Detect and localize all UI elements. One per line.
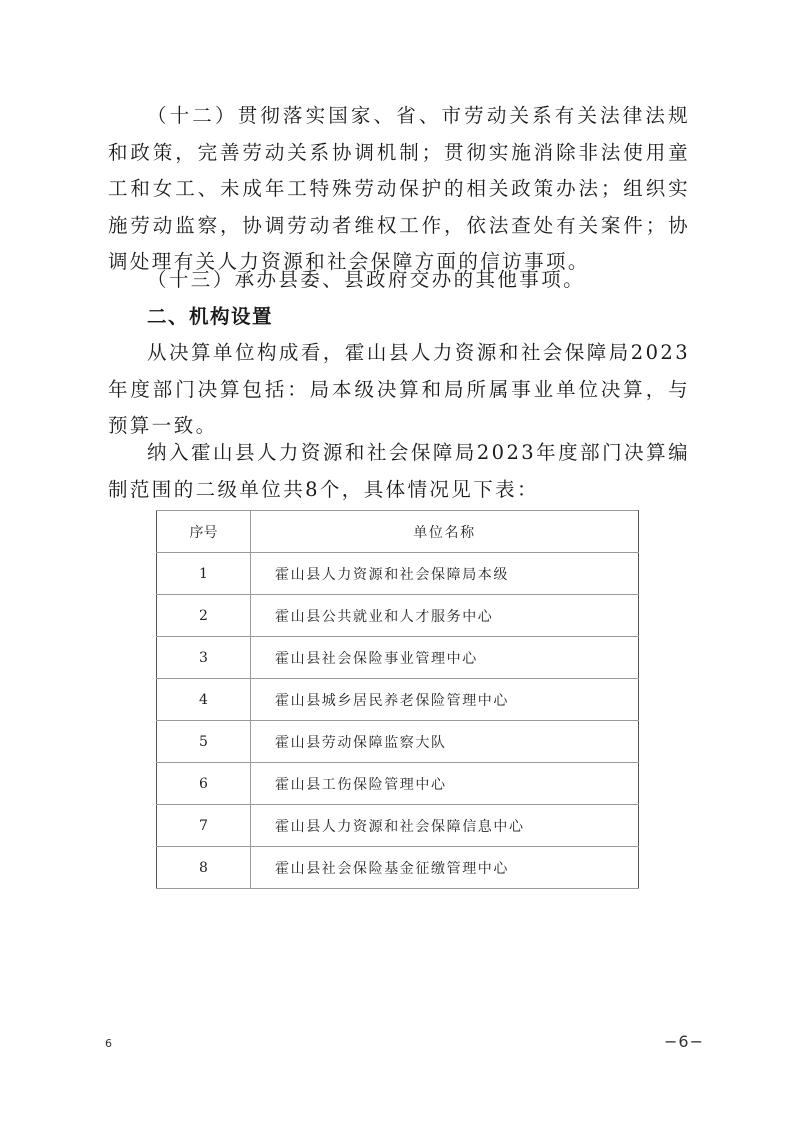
footer-page-number-left: 6	[105, 1037, 112, 1050]
row-unit-name: 霍山县人力资源和社会保障信息中心	[251, 805, 639, 847]
row-unit-name: 霍山县社会保险事业管理中心	[251, 637, 639, 679]
paragraph-composition: 从决算单位构成看，霍山县人力资源和社会保障局2023年度部门决算包括：局本级决算…	[108, 335, 690, 445]
table-row: 8 霍山县社会保险基金征缴管理中心	[157, 847, 639, 889]
table-row: 7 霍山县人力资源和社会保障信息中心	[157, 805, 639, 847]
row-serial-number: 5	[157, 721, 251, 763]
row-unit-name: 霍山县城乡居民养老保险管理中心	[251, 679, 639, 721]
paragraph-item-13: （十三）承办县委、县政府交办的其他事项。	[108, 262, 690, 299]
paragraph-item-12: （十二）贯彻落实国家、省、市劳动关系有关法律法规和政策，完善劳动关系协调机制；贯…	[108, 98, 690, 281]
row-serial-number: 3	[157, 637, 251, 679]
row-serial-number: 4	[157, 679, 251, 721]
table-row: 3 霍山县社会保险事业管理中心	[157, 637, 639, 679]
row-serial-number: 7	[157, 805, 251, 847]
row-unit-name: 霍山县人力资源和社会保障局本级	[251, 553, 639, 595]
row-unit-name: 霍山县公共就业和人才服务中心	[251, 595, 639, 637]
row-unit-name: 霍山县社会保险基金征缴管理中心	[251, 847, 639, 889]
table-header-row: 序号 单位名称	[157, 511, 639, 553]
footer-page-number-right: −6−	[664, 1032, 704, 1051]
table-row: 2 霍山县公共就业和人才服务中心	[157, 595, 639, 637]
table-row: 5 霍山县劳动保障监察大队	[157, 721, 639, 763]
row-serial-number: 1	[157, 553, 251, 595]
paragraph-scope: 纳入霍山县人力资源和社会保障局2023年度部门决算编制范围的二级单位共8个，具体…	[108, 435, 690, 508]
row-serial-number: 2	[157, 595, 251, 637]
document-page: （十二）贯彻落实国家、省、市劳动关系有关法律法规和政策，完善劳动关系协调机制；贯…	[0, 0, 793, 1122]
header-unit-name: 单位名称	[251, 511, 639, 553]
row-unit-name: 霍山县劳动保障监察大队	[251, 721, 639, 763]
row-serial-number: 8	[157, 847, 251, 889]
table-row: 6 霍山县工伤保险管理中心	[157, 763, 639, 805]
section-heading: 二、机构设置	[147, 299, 273, 335]
table-row: 1 霍山县人力资源和社会保障局本级	[157, 553, 639, 595]
table-row: 4 霍山县城乡居民养老保险管理中心	[157, 679, 639, 721]
row-serial-number: 6	[157, 763, 251, 805]
row-unit-name: 霍山县工伤保险管理中心	[251, 763, 639, 805]
header-serial-number: 序号	[157, 511, 251, 553]
units-table: 序号 单位名称 1 霍山县人力资源和社会保障局本级 2 霍山县公共就业和人才服务…	[156, 510, 639, 889]
